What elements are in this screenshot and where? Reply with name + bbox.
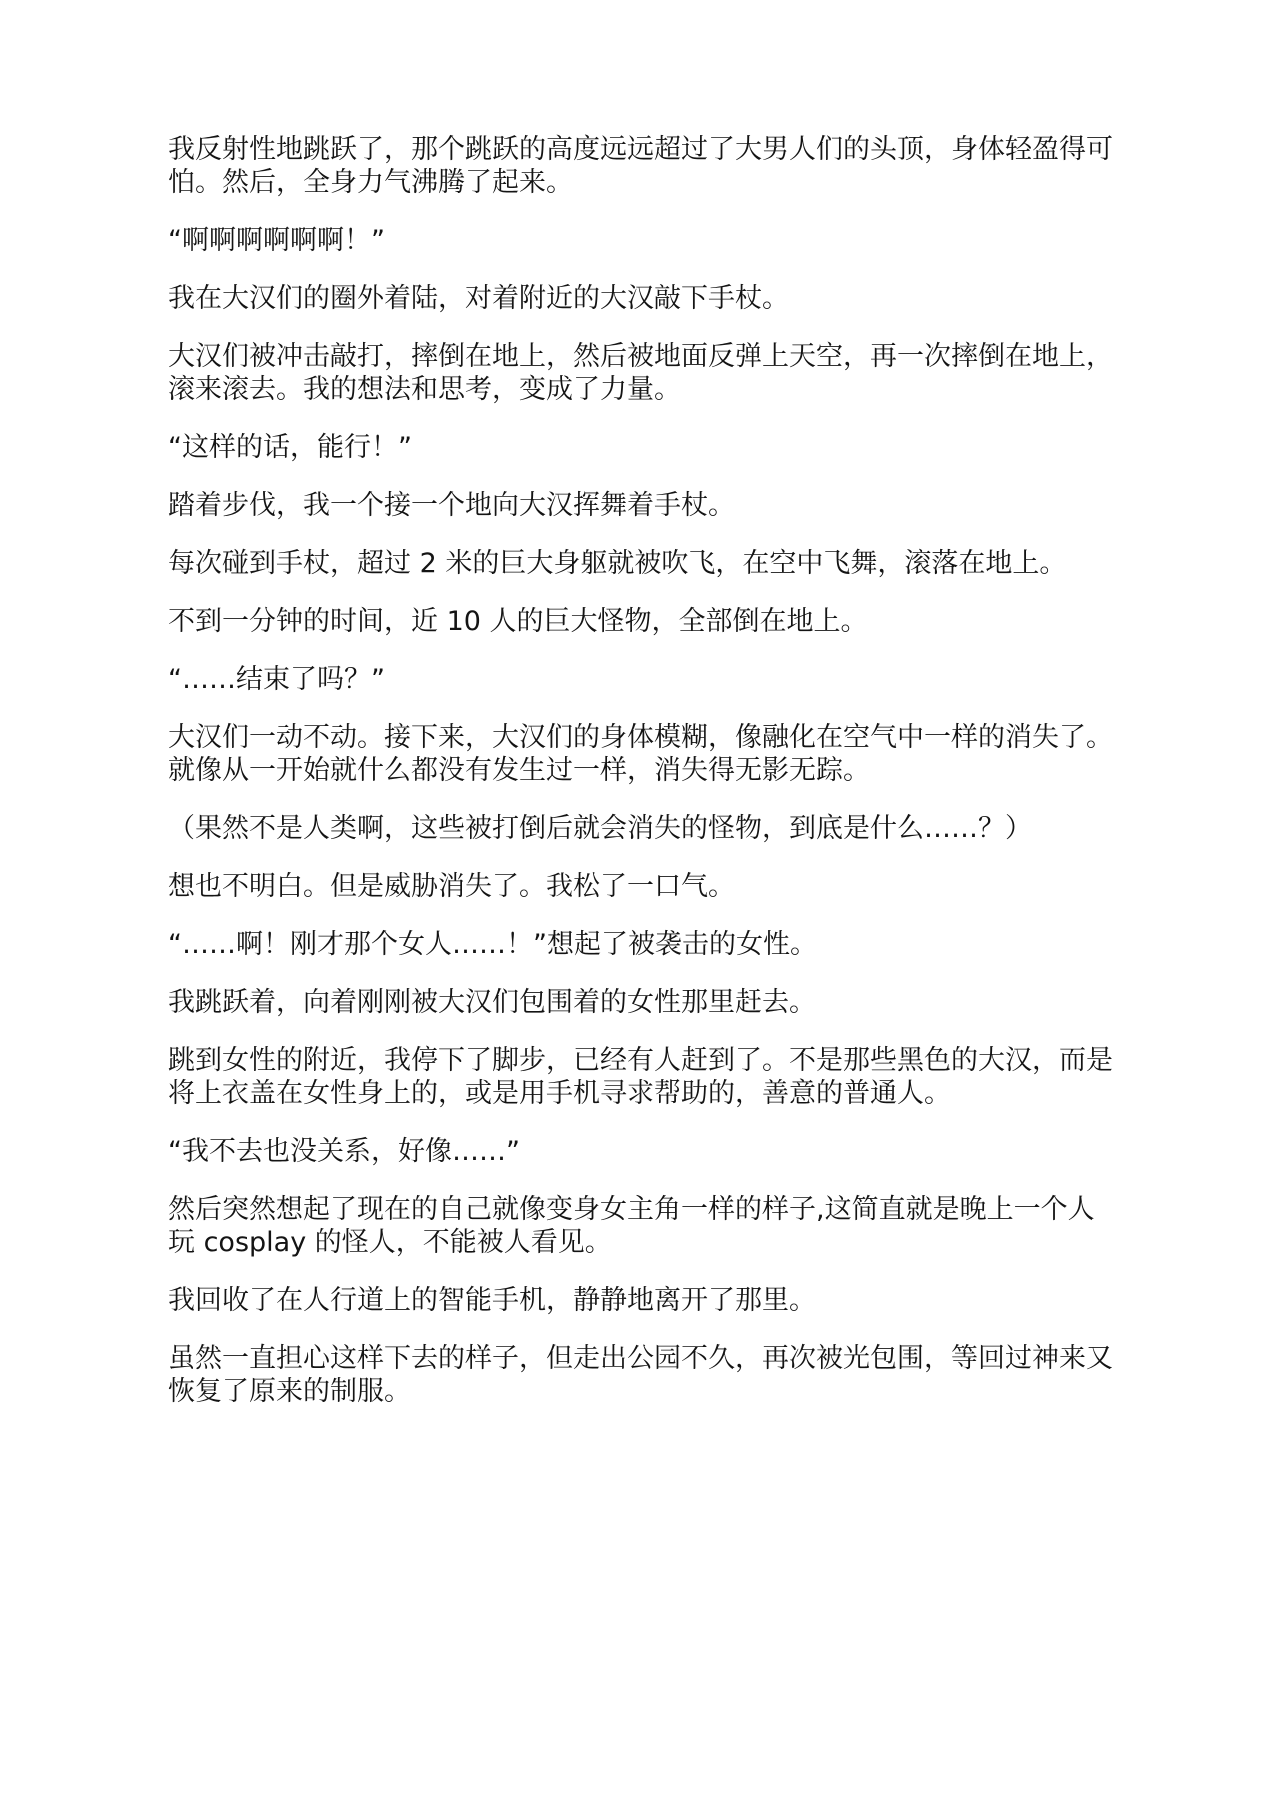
paragraph: 我跳跃着，向着刚刚被大汉们包围着的女性那里赶去。	[168, 986, 1114, 1019]
paragraph: 然后突然想起了现在的自己就像变身女主角一样的样子,这简直就是晚上一个人玩 cos…	[168, 1193, 1114, 1259]
document-page: 我反射性地跳跃了，那个跳跃的高度远远超过了大男人们的头顶，身体轻盈得可怕。然后，…	[0, 0, 1280, 1810]
paragraph-list: 我反射性地跳跃了，那个跳跃的高度远远超过了大男人们的头顶，身体轻盈得可怕。然后，…	[168, 133, 1114, 1433]
paragraph: “这样的话，能行！”	[168, 431, 1114, 464]
paragraph: 想也不明白。但是威胁消失了。我松了一口气。	[168, 870, 1114, 903]
paragraph: 不到一分钟的时间，近 10 人的巨大怪物，全部倒在地上。	[168, 605, 1114, 638]
paragraph: 我反射性地跳跃了，那个跳跃的高度远远超过了大男人们的头顶，身体轻盈得可怕。然后，…	[168, 133, 1114, 199]
paragraph: 我在大汉们的圈外着陆，对着附近的大汉敲下手杖。	[168, 282, 1114, 315]
paragraph: “……啊！刚才那个女人……！”想起了被袭击的女性。	[168, 928, 1114, 961]
paragraph: 每次碰到手杖，超过 2 米的巨大身躯就被吹飞，在空中飞舞，滚落在地上。	[168, 547, 1114, 580]
paragraph: 踏着步伐，我一个接一个地向大汉挥舞着手杖。	[168, 489, 1114, 522]
paragraph: 大汉们被冲击敲打，摔倒在地上，然后被地面反弹上天空，再一次摔倒在地上，滚来滚去。…	[168, 340, 1114, 406]
paragraph: “……结束了吗？”	[168, 663, 1114, 696]
paragraph: 跳到女性的附近，我停下了脚步，已经有人赶到了。不是那些黑色的大汉，而是将上衣盖在…	[168, 1044, 1114, 1110]
paragraph: 大汉们一动不动。接下来，大汉们的身体模糊，像融化在空气中一样的消失了。就像从一开…	[168, 721, 1114, 787]
paragraph: “啊啊啊啊啊啊！”	[168, 224, 1114, 257]
paragraph: 虽然一直担心这样下去的样子，但走出公园不久，再次被光包围，等回过神来又恢复了原来…	[168, 1342, 1114, 1408]
paragraph: “我不去也没关系，好像……”	[168, 1135, 1114, 1168]
paragraph: （果然不是人类啊，这些被打倒后就会消失的怪物，到底是什么……？）	[168, 812, 1114, 845]
paragraph: 我回收了在人行道上的智能手机，静静地离开了那里。	[168, 1284, 1114, 1317]
